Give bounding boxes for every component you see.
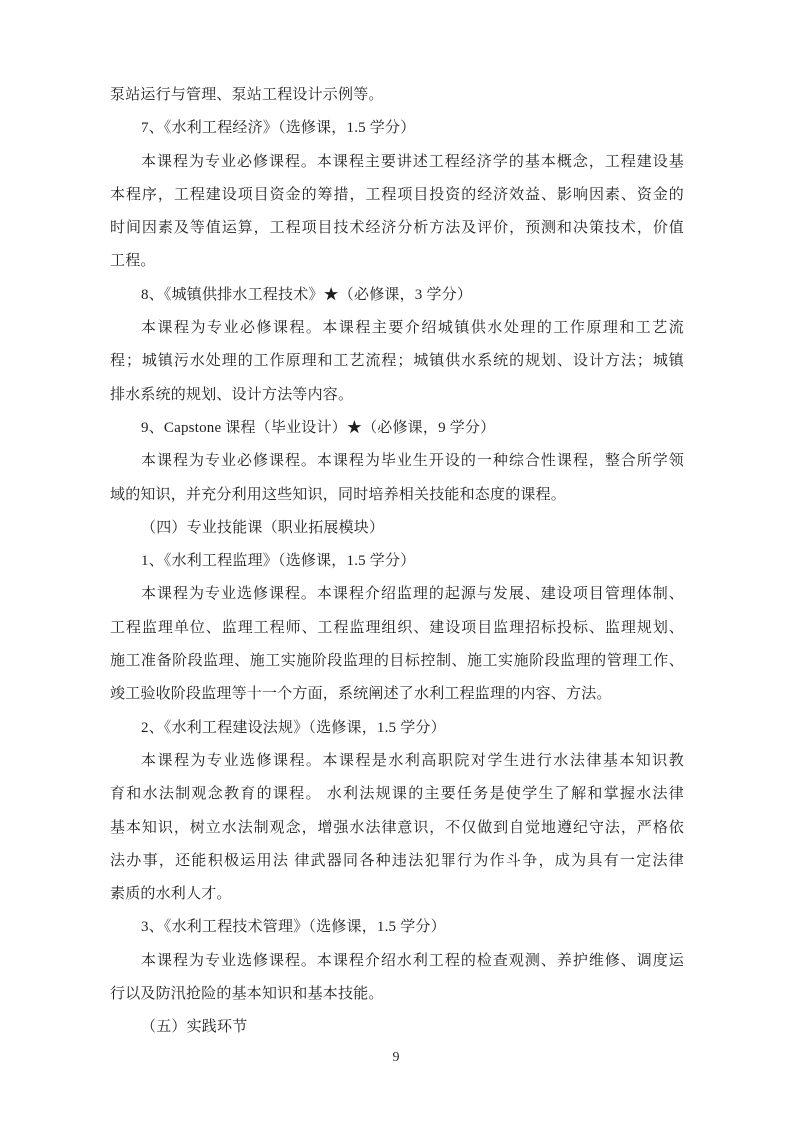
text-line: 本课程为专业选修课程。本课程是水利高职院对学生进行水法律基本知识教 xyxy=(110,745,684,778)
text-line: 9、Capstone 课程（毕业设计）★（必修课，9 学分） xyxy=(110,412,684,445)
text-line: 行以及防汛抢险的基本知识和基本技能。 xyxy=(110,978,684,1011)
document-body: 泵站运行与管理、泵站工程设计示例等。7、《水利工程经济》（选修课，1.5 学分）… xyxy=(110,0,684,1045)
text-line: 本课程为专业必修课程。本课程主要讲述工程经济学的基本概念，工程建设基 xyxy=(110,146,684,179)
text-line: 法办事，还能积极运用法 律武器同各种违法犯罪行为作斗争，成为具有一定法律 xyxy=(110,845,684,878)
text-line: （五）实践环节 xyxy=(110,1011,684,1044)
text-line: 工程监理单位、监理工程师、工程监理组织、建设项目监理招标投标、监理规划、 xyxy=(110,612,684,645)
page-number: 9 xyxy=(0,1048,792,1068)
text-line: 工程。 xyxy=(110,245,684,278)
text-line: 7、《水利工程经济》（选修课，1.5 学分） xyxy=(110,112,684,145)
text-line: 本课程为专业必修课程。本课程主要介绍城镇供水处理的工作原理和工艺流 xyxy=(110,312,684,345)
text-line: 素质的水利人才。 xyxy=(110,878,684,911)
text-line: 本课程为专业必修课程。本课程为毕业生开设的一种综合性课程，整合所学领 xyxy=(110,445,684,478)
text-line: 本课程为专业选修课程。本课程介绍监理的起源与发展、建设项目管理体制、 xyxy=(110,578,684,611)
document-page: 泵站运行与管理、泵站工程设计示例等。7、《水利工程经济》（选修课，1.5 学分）… xyxy=(0,0,792,1122)
text-line: 程；城镇污水处理的工作原理和工艺流程；城镇供水系统的规划、设计方法；城镇 xyxy=(110,345,684,378)
text-line: 域的知识，并充分利用这些知识，同时培养相关技能和态度的课程。 xyxy=(110,479,684,512)
text-line: 排水系统的规划、设计方法等内容。 xyxy=(110,379,684,412)
text-line: 8、《城镇供排水工程技术》★（必修课，3 学分） xyxy=(110,279,684,312)
text-line: 2、《水利工程建设法规》（选修课，1.5 学分） xyxy=(110,712,684,745)
text-line: 3、《水利工程技术管理》（选修课，1.5 学分） xyxy=(110,911,684,944)
text-line: 本课程为专业选修课程。本课程介绍水利工程的检查观测、养护维修、调度运 xyxy=(110,945,684,978)
text-line: 竣工验收阶段监理等十一个方面，系统阐述了水利工程监理的内容、方法。 xyxy=(110,678,684,711)
text-line: 本程序，工程建设项目资金的筹措，工程项目投资的经济效益、影响因素、资金的 xyxy=(110,179,684,212)
text-line: 时间因素及等值运算，工程项目技术经济分析方法及评价，预测和决策技术，价值 xyxy=(110,212,684,245)
text-line: 育和水法制观念教育的课程。 水利法规课的主要任务是使学生了解和掌握水法律 xyxy=(110,778,684,811)
text-line: （四）专业技能课（职业拓展模块） xyxy=(110,512,684,545)
text-line: 施工准备阶段监理、施工实施阶段监理的目标控制、施工实施阶段监理的管理工作、 xyxy=(110,645,684,678)
text-line: 1、《水利工程监理》（选修课，1.5 学分） xyxy=(110,545,684,578)
text-line: 基本知识，树立水法制观念，增强水法律意识，不仅做到自觉地遵纪守法，严格依 xyxy=(110,812,684,845)
text-line: 泵站运行与管理、泵站工程设计示例等。 xyxy=(110,79,684,112)
